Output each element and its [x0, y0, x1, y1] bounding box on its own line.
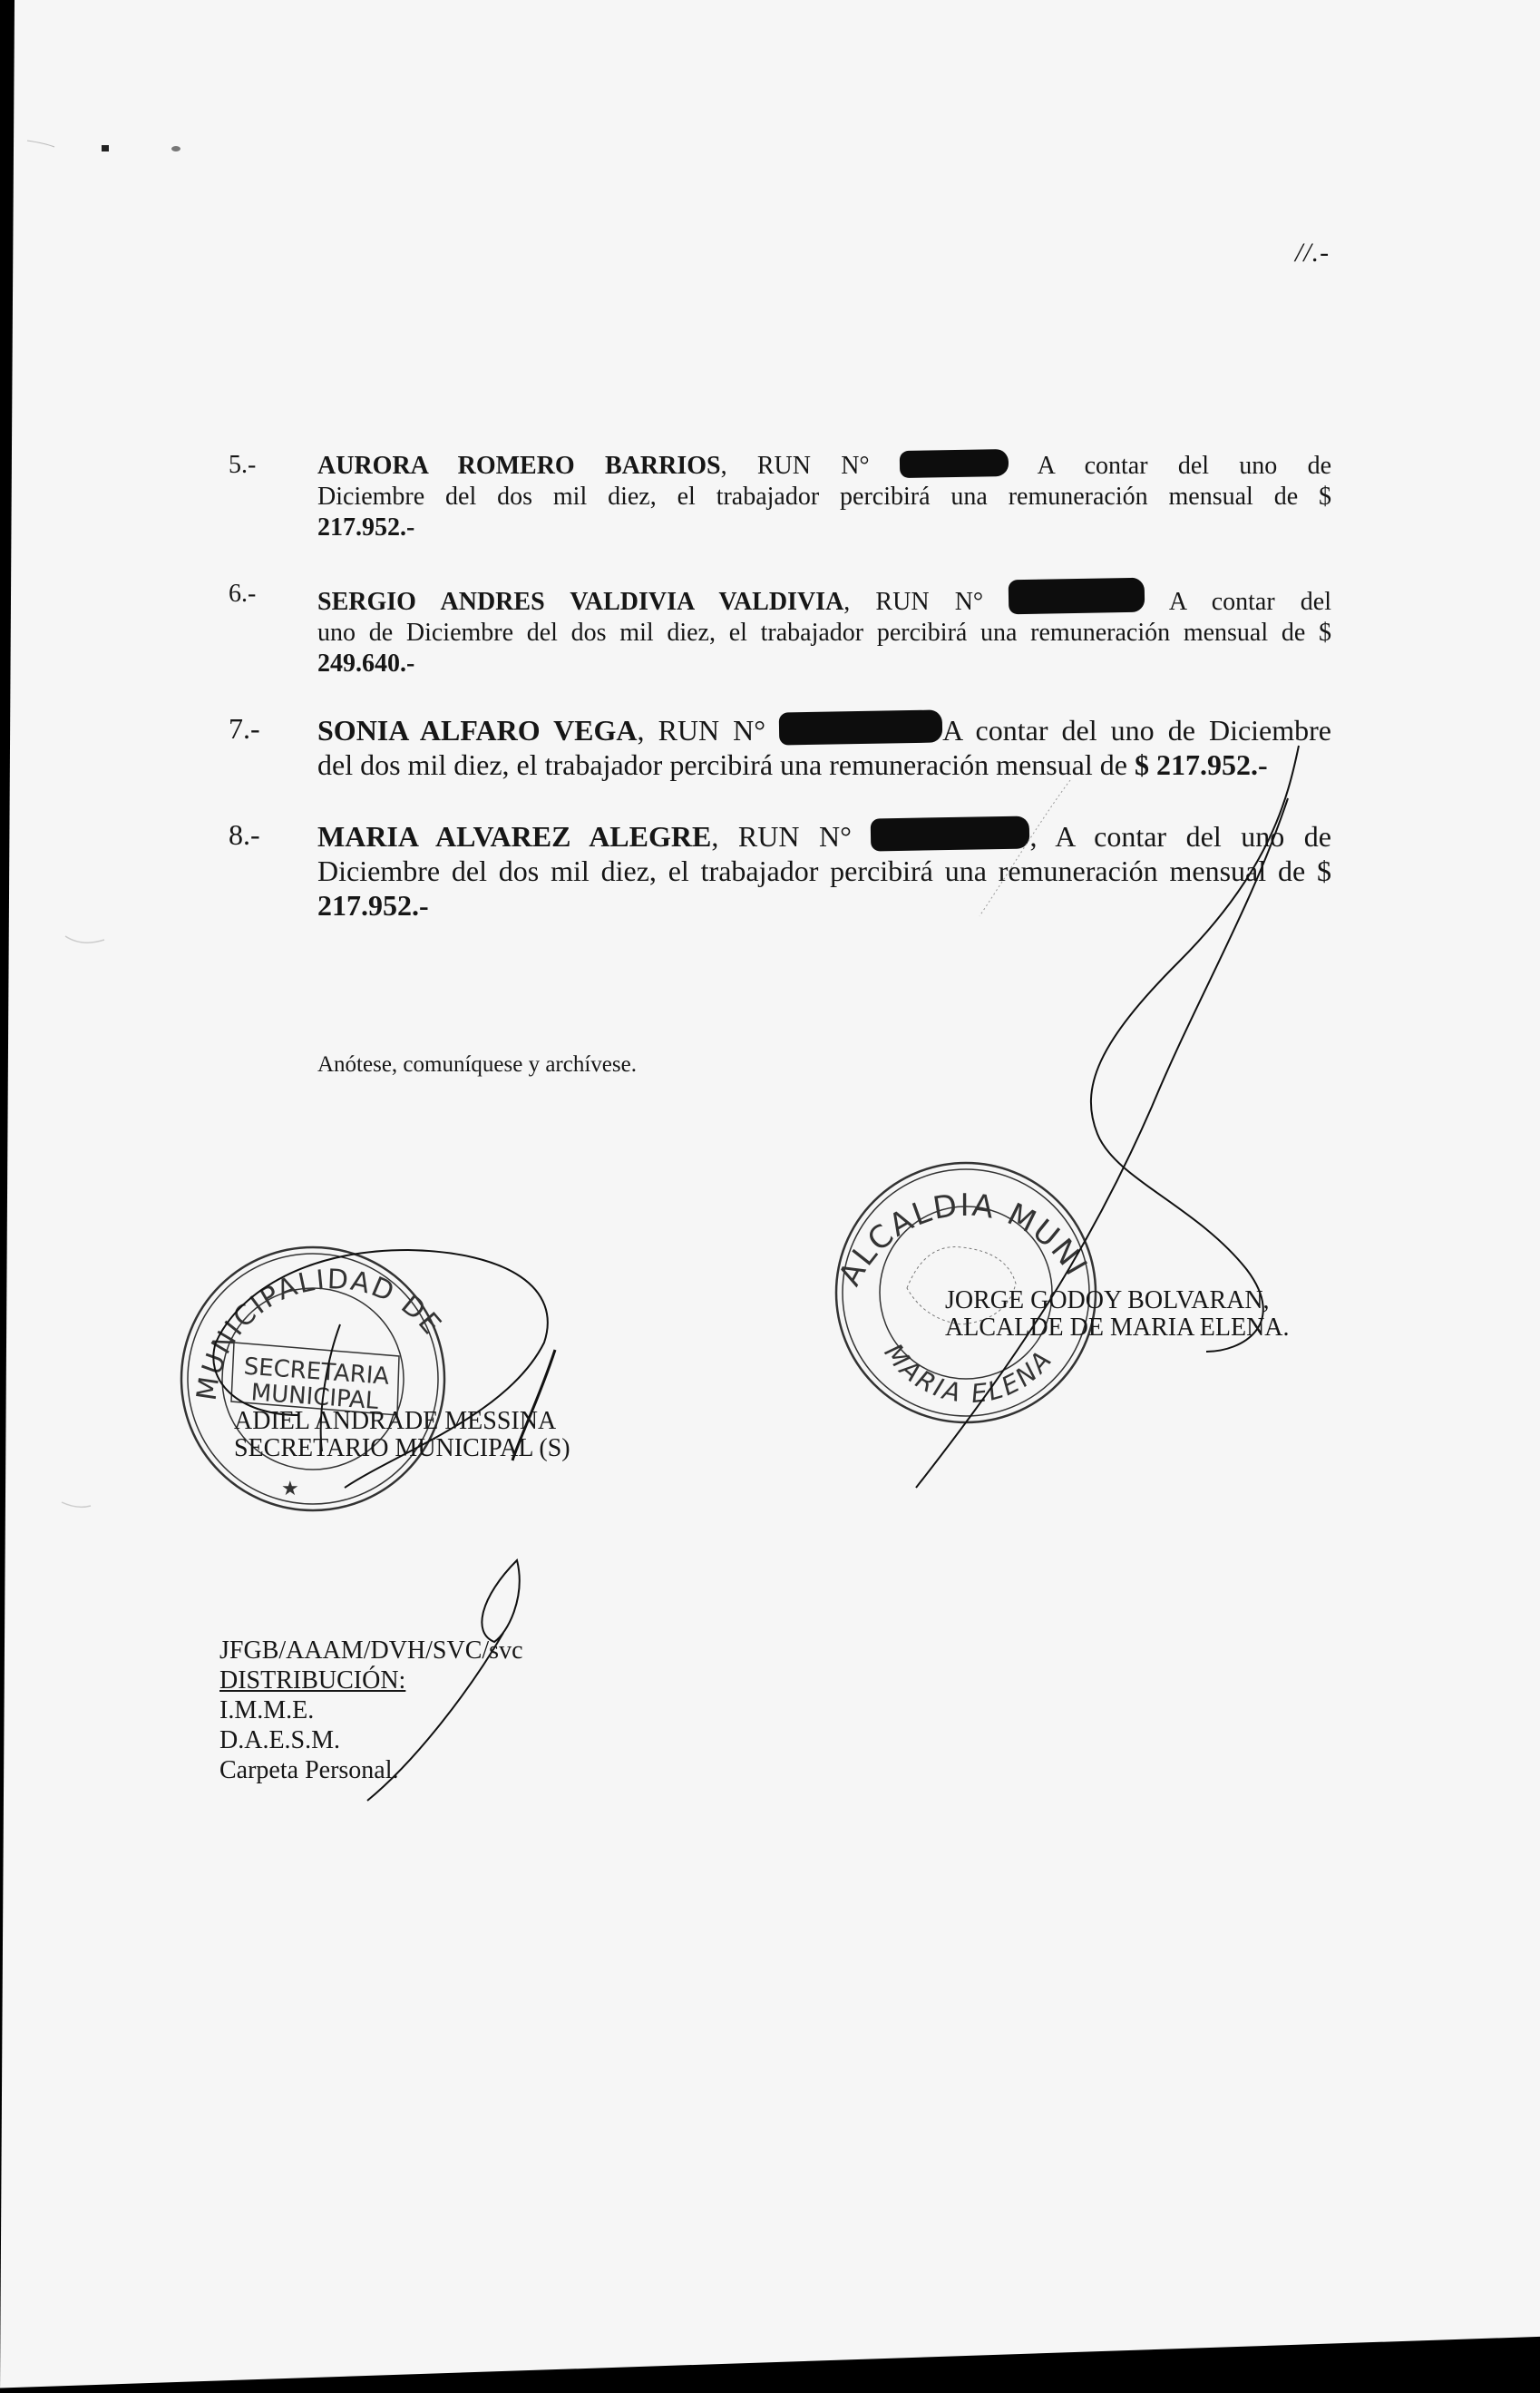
redacted-run	[900, 449, 1009, 478]
svg-text:MUNICIPALIDAD DE MARIA ELENA: MUNICIPALIDAD DE MARIA ELENA	[0, 0, 448, 1402]
item-number: 8.-	[229, 817, 260, 852]
reference-initials: JFGB/AAAM/DVH/SVC/svc	[219, 1636, 523, 1665]
distribution-item: Carpeta Personal.	[219, 1755, 523, 1785]
scan-edge-bottom	[0, 2268, 1540, 2393]
item-line-2: Diciembre del dos mil diez, el trabajado…	[317, 482, 1331, 513]
item-line-1: AURORA ROMERO BARRIOS, RUN N° A contar d…	[317, 450, 1331, 482]
distribution-item: D.A.E.S.M.	[219, 1725, 523, 1755]
redacted-run	[1009, 578, 1145, 615]
person-name: AURORA ROMERO BARRIOS	[317, 452, 721, 480]
redacted-run	[779, 709, 943, 745]
secretary-stamp	[181, 1247, 444, 1510]
amount: $ 217.952.-	[1135, 748, 1268, 781]
item-line-1: MARIA ALVAREZ ALEGRE, RUN N° , A contar …	[317, 817, 1331, 854]
mayor-name: JORGE GODOY BOLVARAN,	[945, 1287, 1290, 1314]
item-number: 7.-	[229, 711, 260, 746]
person-name: SONIA ALFARO VEGA	[317, 714, 638, 747]
svg-text:MARIA ELENA: MARIA ELENA	[879, 1338, 1059, 1409]
item-line-2: Diciembre del dos mil diez, el trabajado…	[317, 854, 1331, 888]
amount: 217.952.-	[317, 888, 1331, 923]
item-line-1: SERGIO ANDRES VALDIVIA VALDIVIA, RUN N° …	[317, 579, 1331, 618]
mayor-title: ALCALDE DE MARIA ELENA.	[945, 1314, 1290, 1342]
item-line-2: uno de Diciembre del dos mil diez, el tr…	[317, 618, 1331, 649]
distribution-label: DISTRIBUCIÓN:	[219, 1665, 523, 1695]
redacted-run	[871, 816, 1030, 851]
closing-formula: Anótese, comuníquese y archívese.	[317, 1052, 637, 1078]
item-line-1: SONIA ALFARO VEGA, RUN N° A contar del u…	[317, 711, 1331, 747]
secretary-signature-block: ADIEL ANDRADE MESSINA SECRETARIO MUNICIP…	[234, 1408, 570, 1462]
secretary-title: SECRETARIO MUNICIPAL (S)	[234, 1435, 570, 1462]
svg-text:SECRETARIA: SECRETARIA	[243, 1353, 391, 1391]
person-name: MARIA ALVAREZ ALEGRE	[317, 820, 711, 853]
person-name: SERGIO ANDRES VALDIVIA VALDIVIA	[317, 588, 843, 616]
scan-specks	[0, 0, 1540, 2393]
stamps-and-signatures: ALCALDIA MUNICIPAL MARIA ELENA MUNICIPAL…	[0, 0, 1540, 2393]
amount: 249.640.-	[317, 649, 1331, 679]
mayor-signature-block: JORGE GODOY BOLVARAN, ALCALDE DE MARIA E…	[945, 1287, 1290, 1342]
reference-block: JFGB/AAAM/DVH/SVC/svc DISTRIBUCIÓN: I.M.…	[219, 1636, 523, 1785]
scan-edge-left	[0, 0, 15, 2393]
item-number: 6.-	[229, 579, 256, 610]
secretary-name: ADIEL ANDRADE MESSINA	[234, 1408, 570, 1435]
distribution-item: I.M.M.E.	[219, 1695, 523, 1725]
item-number: 5.-	[229, 450, 256, 481]
svg-text:★: ★	[281, 1477, 299, 1499]
item-line-2: del dos mil diez, el trabajador percibir…	[317, 747, 1331, 782]
amount: 217.952.-	[317, 513, 1331, 543]
page-continuation-mark: //.-	[1295, 238, 1330, 269]
